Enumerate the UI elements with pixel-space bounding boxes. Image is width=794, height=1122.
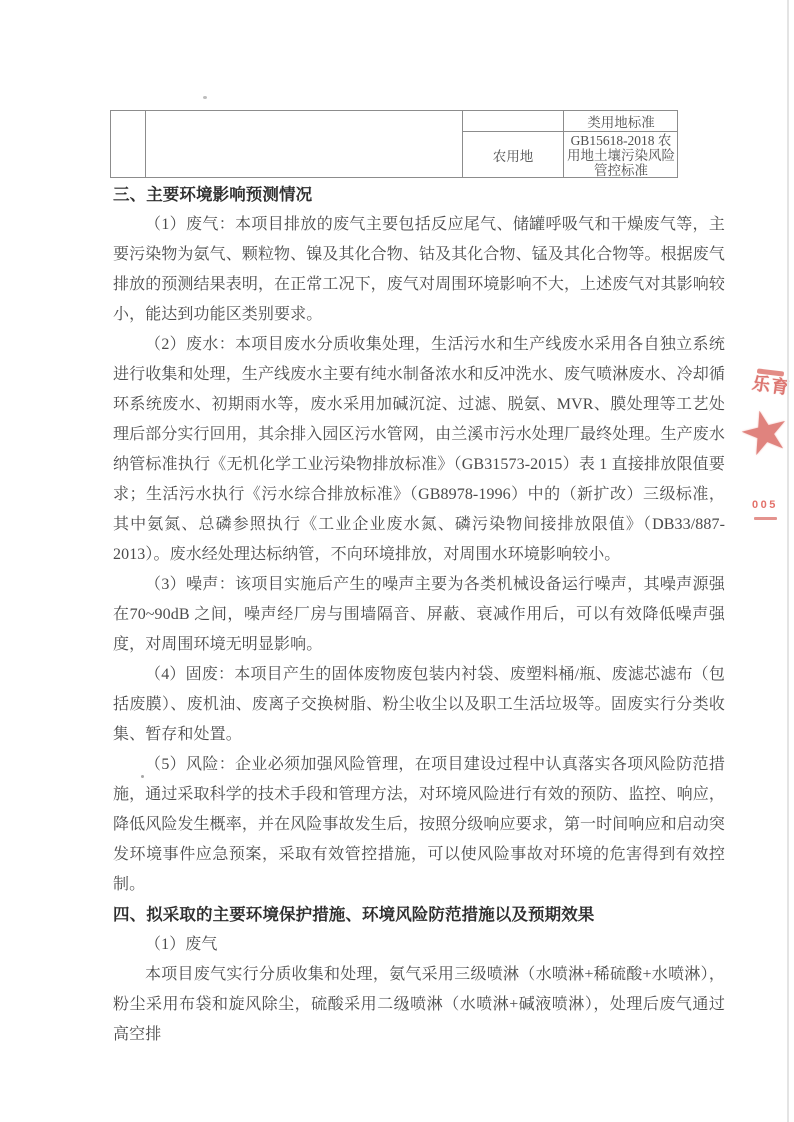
paragraph-waste-gas: （1）废气：本项目排放的废气主要包括反应尾气、储罐呼吸气和干燥废气等，主要污染物… xyxy=(113,210,725,330)
table-cell-gb15618-standard: GB15618-2018 农用地土壤污染风险管控标准 xyxy=(564,132,678,178)
standards-table-fragment: 类用地标准 农用地 GB15618-2018 农用地土壤污染风险管控标准 xyxy=(110,110,678,178)
table-column-divider xyxy=(145,110,146,178)
scan-speck xyxy=(203,96,207,99)
paragraph-waste-water: （2）废水：本项目废水分质收集处理，生活污水和生产线废水采用各自独立系统进行收集… xyxy=(113,330,725,570)
page-number: 3 xyxy=(0,1000,794,1016)
scan-speck xyxy=(141,775,144,778)
paragraph-solid-waste: （4）固废：本项目产生的固体废物废包装内衬袋、废塑料桶/瓶、废滤芯滤布（包括废膜… xyxy=(113,660,725,750)
scan-edge-line xyxy=(787,0,789,1122)
table-cell-land-class-standard: 类用地标准 xyxy=(564,110,678,131)
section-3-heading: 三、主要环境影响预测情况 xyxy=(113,180,725,210)
seal-star-icon: ★ xyxy=(733,399,794,468)
seal-arc-mark xyxy=(757,368,784,376)
seal-underline-mark xyxy=(754,517,777,520)
paragraph-risk: （5）风险：企业必须加强风险管理，在项目建设过程中认真落实各项风险防范措施，通过… xyxy=(113,750,725,900)
section-4-heading: 四、拟采取的主要环境保护措施、环境风险防范措施以及预期效果 xyxy=(113,900,725,930)
section-4-subheading-waste-gas: （1）废气 xyxy=(113,930,725,960)
seal-page-code: 005 xyxy=(752,499,778,511)
table-cell-agricultural-land: 农用地 xyxy=(463,132,563,178)
document-body: 三、主要环境影响预测情况 （1）废气：本项目排放的废气主要包括反应尾气、储罐呼吸… xyxy=(113,180,725,1050)
paragraph-noise: （3）噪声：该项目实施后产生的噪声主要为各类机械设备运行噪声，其噪声源强在70~… xyxy=(113,570,725,660)
document-page: 类用地标准 农用地 GB15618-2018 农用地土壤污染风险管控标准 三、主… xyxy=(0,0,794,1122)
